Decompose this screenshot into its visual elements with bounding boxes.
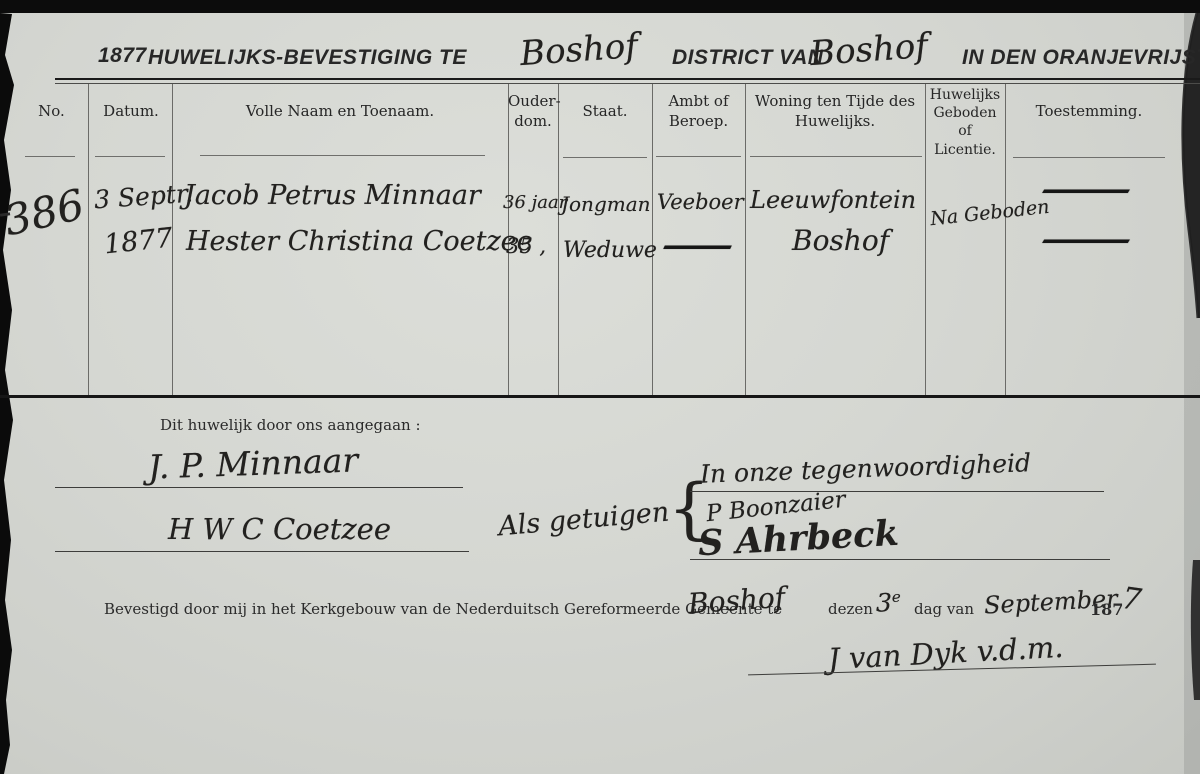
header-ouderdom: Ouder- dom. [508, 92, 558, 131]
witnesses-underline [690, 559, 1110, 560]
header-underline-toestemming [1013, 157, 1165, 158]
entry-woning-bride: Boshof [792, 224, 889, 257]
presence-underline [690, 491, 1104, 492]
header-datum: Datum. [90, 102, 172, 122]
confirmation-dezen: dezen [828, 600, 873, 618]
entry-toestemming-dash-1: — [1038, 172, 1134, 207]
col-line-no-datum [88, 84, 89, 395]
title-text-1: HUWELIJKS-BEVESTIGING TE [148, 46, 467, 70]
header-toestemming: Toestemming. [1008, 102, 1170, 122]
scan-edge-left-torn [0, 13, 14, 774]
bride-signature-line [55, 551, 469, 552]
scan-edge-top [0, 0, 1200, 13]
table-bottom-rule [0, 395, 1200, 398]
entry-naam-groom: Jacob Petrus Minnaar [184, 180, 481, 211]
groom-signature: J. P. Minnaar [147, 440, 358, 486]
confirmation-place: Boshof [687, 581, 786, 621]
entry-toestemming-dash-2: — [1038, 222, 1134, 257]
header-no: No. [15, 102, 88, 122]
entry-beroep-bride-dash: — [660, 228, 735, 263]
confirmation-printed-text: Bevestigd door mij in het Kerkgebouw van… [104, 600, 782, 618]
header-naam: Volle Naam en Toenaam. [175, 102, 505, 122]
header-underline-ambt [656, 156, 741, 157]
col-line-geboden-toestemming [1005, 84, 1006, 395]
col-line-ambt-woning [745, 84, 746, 395]
entry-staat-bride: Weduwe [563, 238, 657, 263]
confirmation-day-suffix: e [892, 588, 901, 606]
confirmation-dag-van: dag van [914, 600, 974, 618]
header-ambt: Ambt of Beroep. [654, 92, 743, 131]
marriage-register-page: 1877 HUWELIJKS-BEVESTIGING TE Boshof DIS… [0, 0, 1200, 774]
entry-staat-groom: Jongman [561, 192, 651, 216]
entry-ouderdom-bride: 35 , [506, 234, 546, 258]
header-underline-no [25, 156, 75, 157]
confirmation-day: 3e [876, 588, 901, 617]
header-underline-staat [563, 157, 647, 158]
header-staat: Staat. [560, 102, 650, 122]
col-line-ouderdom-staat [558, 84, 559, 395]
title-text-3: IN DEN ORANJEVRIJSTAAT. [962, 46, 1200, 70]
entry-naam-bride: Hester Christina Coetzee [186, 226, 533, 257]
declaration-label: Dit huwelijk door ons aangegaan : [160, 416, 421, 434]
header-woning: Woning ten Tijde des Huwelijks. [747, 92, 923, 131]
title-year: 1877 [98, 44, 147, 68]
header-underline-naam [200, 155, 485, 156]
header-underline-woning [750, 156, 922, 157]
header-geboden: Huwelijks Geboden of Licentie. [926, 86, 1004, 159]
confirmation-year-printed: 187 [1090, 600, 1123, 619]
entry-ouderdom-groom: 36 jaar [503, 192, 567, 213]
confirmation-day-number: 3 [876, 588, 892, 617]
title-district-handwritten: Boshof [809, 26, 929, 74]
groom-signature-line [55, 487, 463, 488]
entry-woning-groom: Leeuwfontein [750, 186, 916, 214]
header-underline-datum [95, 156, 165, 157]
table-top-rule [55, 78, 1200, 80]
title-place-handwritten: Boshof [519, 26, 639, 74]
title-text-2: DISTRICT VAN [672, 46, 823, 70]
table-top-rule-2 [55, 83, 1200, 84]
bride-signature: H W C Coetzee [168, 512, 391, 546]
entry-beroep-groom: Veeboer [657, 190, 744, 214]
